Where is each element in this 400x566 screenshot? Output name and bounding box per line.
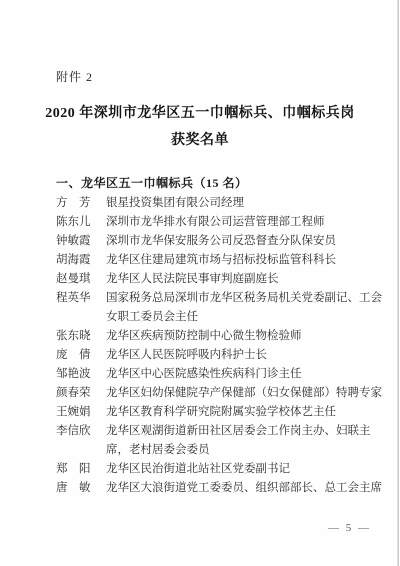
awardee-title: 龙华区疾病预防控制中心微生物检验师: [106, 327, 386, 346]
list-item: 赵曼琪 龙华区人民法院民事审判庭副庭长: [56, 270, 386, 289]
awardee-name: 陈东儿: [56, 213, 98, 232]
awardee-title: 龙华区观湖街道新田社区居委会工作岗主办、妇联主席，老村居委会委员: [106, 422, 386, 460]
document-title-line1: 2020 年深圳市龙华区五一巾帼标兵、巾帼标兵岗: [20, 100, 380, 127]
awardee-title: 深圳市龙华保安服务公司反恐督查分队保安员: [106, 232, 386, 251]
awardee-title: 龙华区民治街道北站社区党委副书记: [106, 460, 386, 479]
list-item: 程英华 国家税务总局深圳市龙华区税务局机关党委副记、工会女职工委员会主任: [56, 289, 386, 327]
awardee-name: 王婉娟: [56, 403, 98, 422]
awardee-title: 国家税务总局深圳市龙华区税务局机关党委副记、工会女职工委员会主任: [106, 289, 386, 327]
awardee-name: 郑 阳: [56, 460, 98, 479]
awardee-title: 龙华区妇幼保健院孕产保健部（妇女保健部）特聘专家: [106, 384, 386, 403]
awardee-title: 龙华区中心医院感染性疾病科门诊主任: [106, 365, 386, 384]
document-title: 2020 年深圳市龙华区五一巾帼标兵、巾帼标兵岗 获奖名单: [20, 100, 380, 154]
list-item: 钟敏霞 深圳市龙华保安服务公司反恐督查分队保安员: [56, 232, 386, 251]
document-page: 附件 2 2020 年深圳市龙华区五一巾帼标兵、巾帼标兵岗 获奖名单 一、龙华区…: [0, 0, 400, 566]
list-item: 颜春荣 龙华区妇幼保健院孕产保健部（妇女保健部）特聘专家: [56, 384, 386, 403]
awardee-name: 方 芳: [56, 194, 98, 213]
awardee-name: 李信欣: [56, 422, 98, 441]
list-item: 邹艳波 龙华区中心医院感染性疾病科门诊主任: [56, 365, 386, 384]
awardee-title: 龙华区住建局建筑市场与招标投标监管科科长: [106, 251, 386, 270]
list-item: 李信欣 龙华区观湖街道新田社区居委会工作岗主办、妇联主席，老村居委会委员: [56, 422, 386, 460]
awardee-name: 程英华: [56, 289, 98, 308]
list-item: 唐 敏 龙华区大浪街道党工委委员、组织部部长、总工会主席: [56, 479, 386, 498]
list-item: 庞 倩 龙华区人民医院呼吸内科护士长: [56, 346, 386, 365]
awardee-name: 胡海霞: [56, 251, 98, 270]
awardee-name: 邹艳波: [56, 365, 98, 384]
awardee-name: 庞 倩: [56, 346, 98, 365]
award-list: 方 芳 银星投资集团有限公司经理 陈东儿 深圳市龙华排水有限公司运营管理部工程师…: [56, 194, 386, 498]
list-item: 张东晓 龙华区疾病预防控制中心微生物检验师: [56, 327, 386, 346]
awardee-name: 赵曼琪: [56, 270, 98, 289]
awardee-name: 钟敏霞: [56, 232, 98, 251]
awardee-title: 龙华区人民医院呼吸内科护士长: [106, 346, 386, 365]
awardee-name: 颜春荣: [56, 384, 98, 403]
attachment-label: 附件 2: [56, 68, 93, 85]
awardee-title: 龙华区教育科学研究院附属实验学校体艺主任: [106, 403, 386, 422]
awardee-name: 张东晓: [56, 327, 98, 346]
awardee-title: 龙华区大浪街道党工委委员、组织部部长、总工会主席: [106, 479, 386, 498]
awardee-title: 深圳市龙华排水有限公司运营管理部工程师: [106, 213, 386, 232]
awardee-title: 银星投资集团有限公司经理: [106, 194, 386, 213]
awardee-name: 唐 敏: [56, 479, 98, 498]
section-heading: 一、龙华区五一巾帼标兵（15 名）: [56, 174, 248, 191]
document-title-line2: 获奖名单: [20, 127, 380, 154]
list-item: 方 芳 银星投资集团有限公司经理: [56, 194, 386, 213]
page-number: — 5 —: [328, 522, 371, 534]
list-item: 胡海霞 龙华区住建局建筑市场与招标投标监管科科长: [56, 251, 386, 270]
awardee-title: 龙华区人民法院民事审判庭副庭长: [106, 270, 386, 289]
list-item: 陈东儿 深圳市龙华排水有限公司运营管理部工程师: [56, 213, 386, 232]
list-item: 王婉娟 龙华区教育科学研究院附属实验学校体艺主任: [56, 403, 386, 422]
list-item: 郑 阳 龙华区民治街道北站社区党委副书记: [56, 460, 386, 479]
scan-edge-shadow: [397, 0, 399, 566]
